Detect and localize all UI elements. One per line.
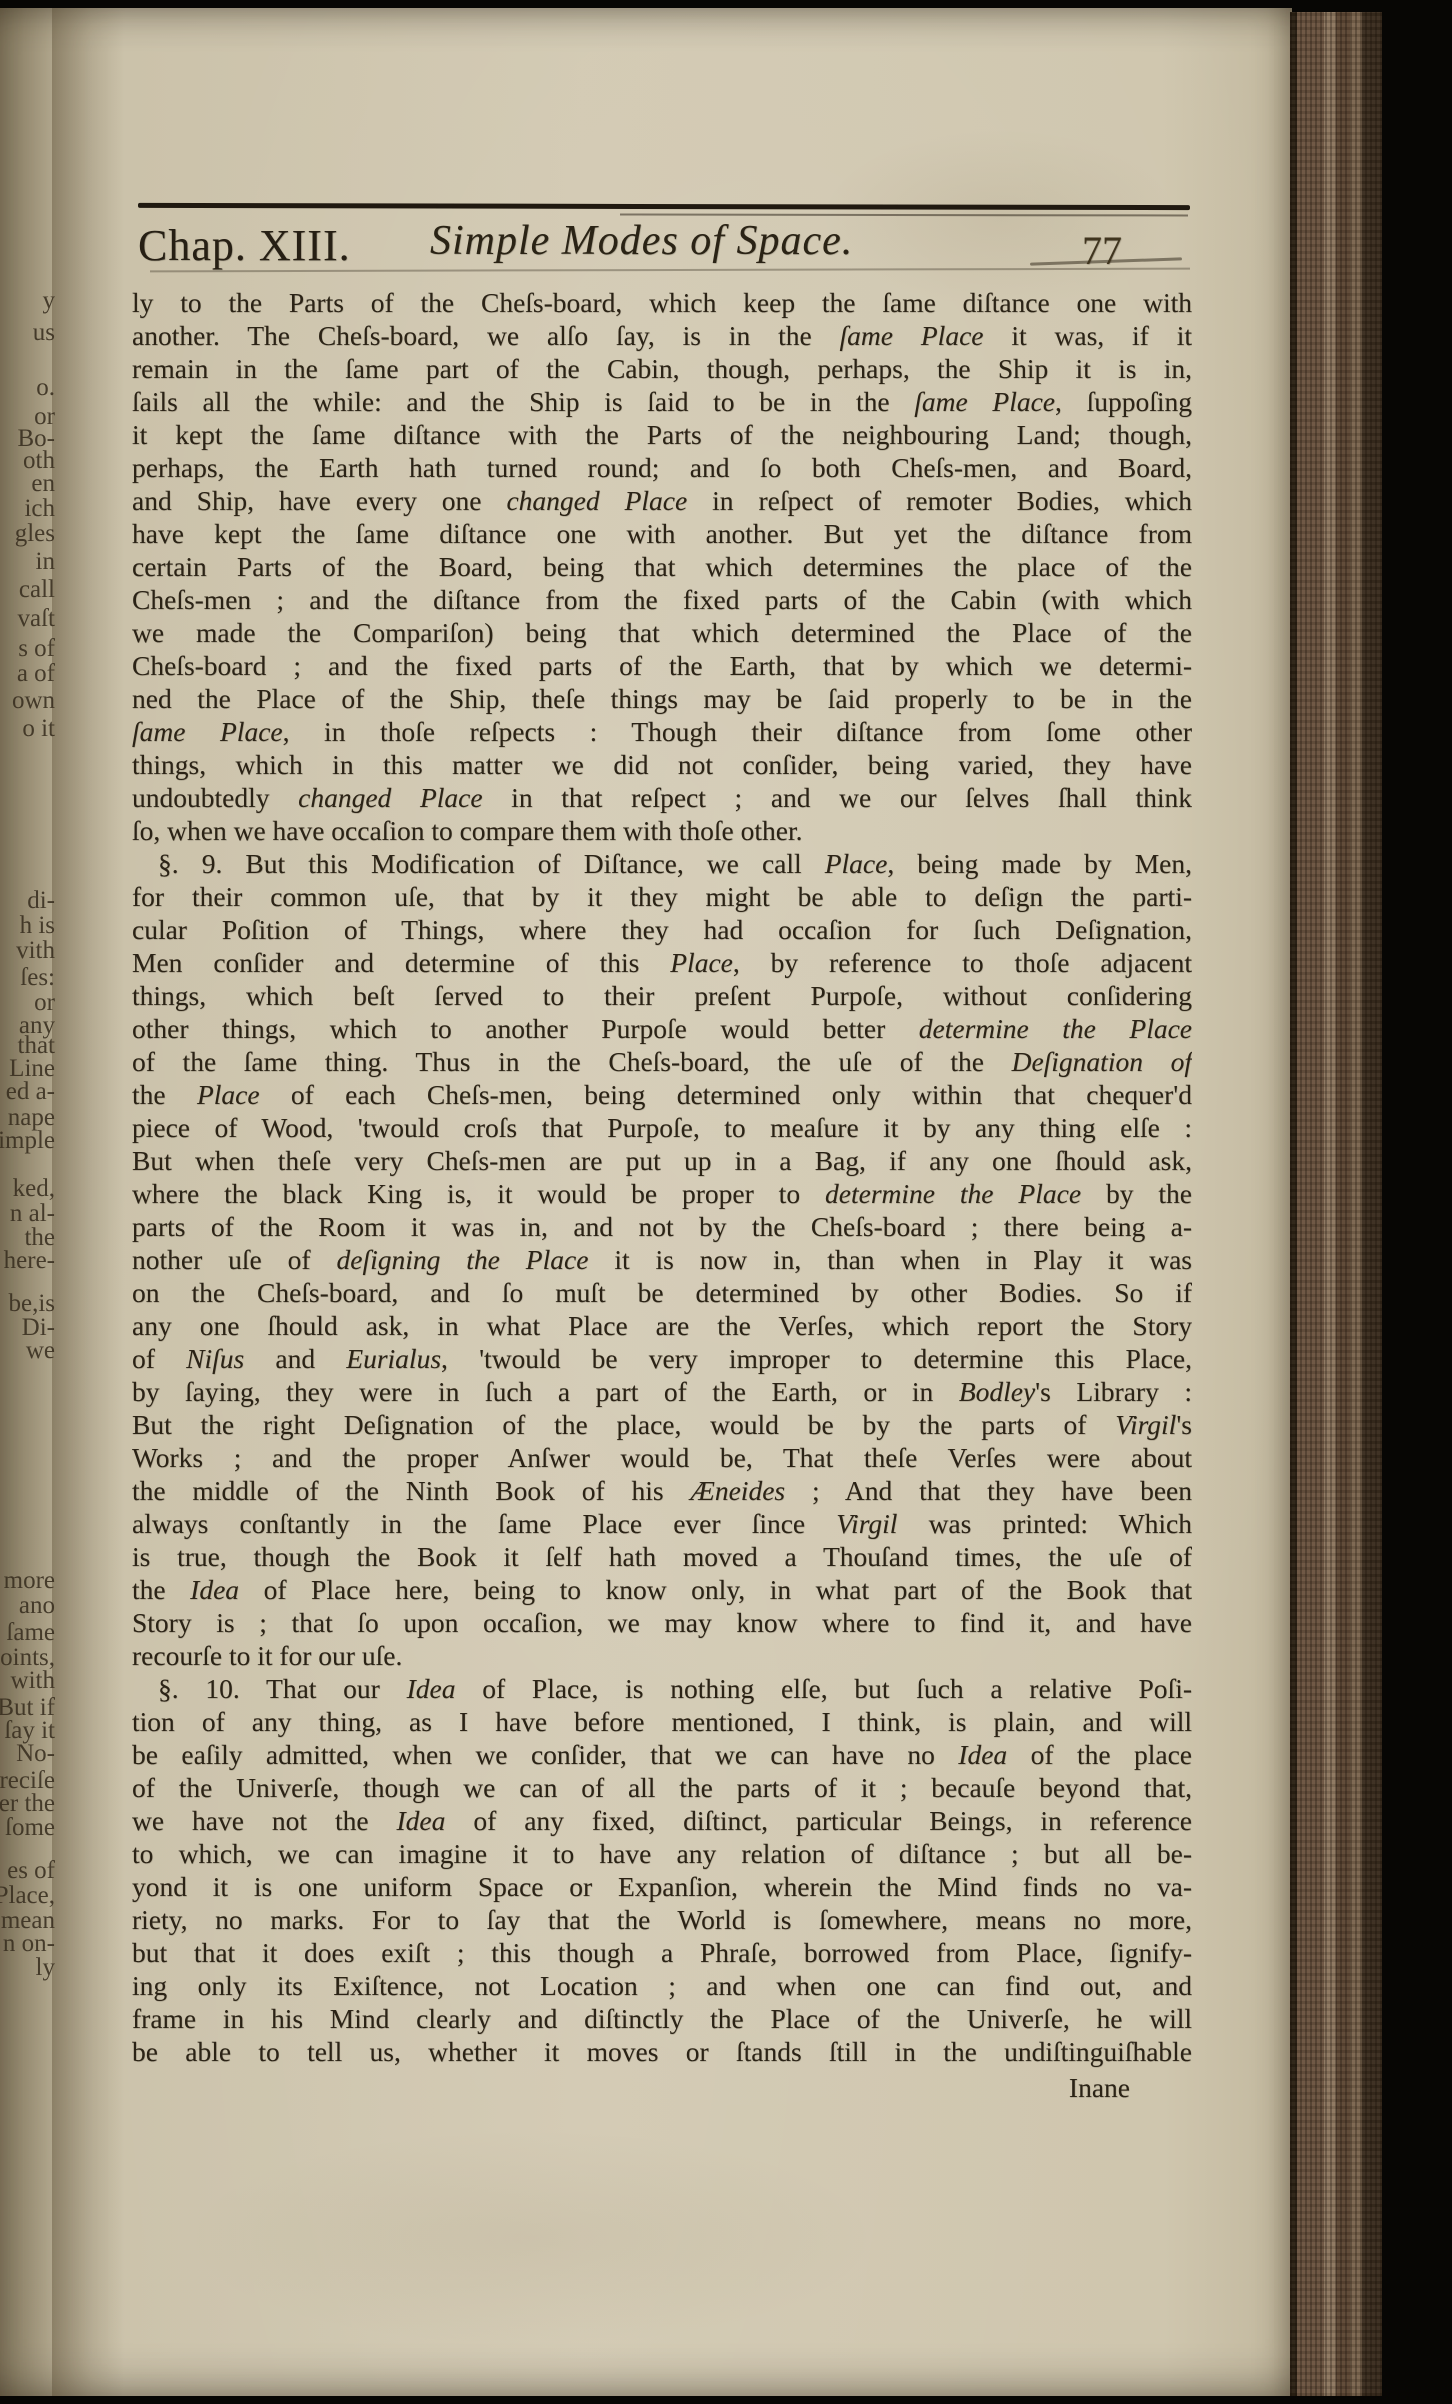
text-line: riety, no marks. For to ſay that the Wor…: [132, 1903, 1192, 1936]
margin-text-fragment: h is: [20, 913, 55, 938]
text-line: recourſe to it for our uſe.: [132, 1639, 1192, 1672]
text-line: nother uſe of deſigning the Place it is …: [132, 1243, 1192, 1276]
text-line: ſo, when we have occaſion to compare the…: [132, 814, 1192, 847]
text-line: for their common uſe, that by it they mi…: [132, 880, 1192, 913]
margin-text-fragment: a of: [17, 661, 55, 686]
margin-text-fragment: ich: [24, 496, 55, 521]
text-line: of the ſame thing. Thus in the Cheſs-boa…: [132, 1045, 1192, 1078]
header-rule: [138, 203, 1190, 210]
text-line: cular Poſition of Things, where they had…: [132, 913, 1192, 946]
paper-stain: [820, 128, 1180, 308]
text-line: by ſaying, they were in ſuch a part of t…: [132, 1375, 1192, 1408]
margin-text-fragment: ſome: [5, 1815, 55, 1840]
margin-text-fragment: ked,: [13, 1176, 55, 1201]
text-line: of Niſus and Eurialus, 'twould be very i…: [132, 1342, 1192, 1375]
text-line: But when theſe very Cheſs-men are put up…: [132, 1144, 1192, 1177]
chapter-heading: Chap. XIII.: [138, 220, 351, 271]
margin-text-fragment: be,is: [8, 1291, 55, 1316]
page-number: 77: [1082, 227, 1122, 274]
margin-text-fragment: vaſt: [18, 606, 56, 631]
text-line: be eaſily admitted, when we conſider, th…: [132, 1738, 1192, 1771]
text-line: things, which in this matter we did not …: [132, 748, 1192, 781]
book-page: yuso.orBo-othenichglesincallvaſts ofa of…: [0, 8, 1292, 2396]
text-line: undoubtedly changed Place in that reſpec…: [132, 781, 1192, 814]
margin-text-fragment: more: [4, 1568, 55, 1593]
text-line: we made the Compariſon) being that which…: [132, 616, 1192, 649]
margin-text-fragment: n al-: [10, 1201, 55, 1226]
text-line: always conſtantly in the ſame Place ever…: [132, 1507, 1192, 1540]
text-line: perhaps, the Earth hath turned round; an…: [132, 451, 1192, 484]
text-line: things, which beſt ſerved to their preſe…: [132, 979, 1192, 1012]
margin-text-fragment: en: [31, 471, 55, 496]
text-line: on the Cheſs-board, and ſo muſt be deter…: [132, 1276, 1192, 1309]
margin-text-fragment: here-: [4, 1248, 55, 1273]
running-title: Simple Modes of Space.: [430, 217, 853, 265]
text-line: other things, which to another Purpoſe w…: [132, 1012, 1192, 1045]
text-line: remain in the ſame part of the Cabin, th…: [132, 352, 1192, 385]
text-line: ſails all the while: and the Ship is ſai…: [132, 385, 1192, 418]
paragraph: §. 10. That our Idea of Place, is nothin…: [132, 1672, 1192, 2068]
margin-text-fragment: Place,: [0, 1883, 55, 1908]
margin-text-fragment: we: [26, 1338, 55, 1363]
paragraph: ly to the Parts of the Cheſs-board, whic…: [132, 286, 1192, 847]
text-line: any one ſhould ask, in what Place are th…: [132, 1309, 1192, 1342]
text-line: Men conſider and determine of this Place…: [132, 946, 1192, 979]
text-line: §. 10. That our Idea of Place, is nothin…: [132, 1672, 1192, 1705]
margin-text-fragment: gles: [15, 521, 55, 546]
margin-text-fragment: ano: [19, 1593, 55, 1618]
paragraph: §. 9. But this Modification of Diſtance,…: [132, 847, 1192, 1672]
facing-page-text-fragments: yuso.orBo-othenichglesincallvaſts ofa of…: [0, 8, 60, 2396]
text-line: yond it is one uniform Space or Expanſio…: [132, 1870, 1192, 1903]
text-line: and Ship, have every one changed Place i…: [132, 484, 1192, 517]
text-line: Cheſs-board ; and the fixed parts of the…: [132, 649, 1192, 682]
paper-stain: [180, 2128, 880, 2348]
margin-text-fragment: ed a-: [6, 1079, 55, 1104]
margin-text-fragment: ly: [36, 1955, 55, 1980]
text-line: another. The Cheſs-board, we alſo ſay, i…: [132, 319, 1192, 352]
margin-text-fragment: in: [36, 549, 55, 574]
margin-text-fragment: es of: [7, 1858, 55, 1883]
text-line: ly to the Parts of the Cheſs-board, whic…: [132, 286, 1192, 319]
margin-text-fragment: ſes:: [20, 965, 55, 990]
body-text: ly to the Parts of the Cheſs-board, whic…: [132, 286, 1192, 2068]
margin-text-fragment: us: [33, 320, 55, 345]
margin-text-fragment: No-: [16, 1741, 55, 1766]
text-line: ned the Place of the Ship, theſe things …: [132, 682, 1192, 715]
margin-text-fragment: ſame: [6, 1620, 55, 1645]
text-line: of the Univerſe, though we can of all th…: [132, 1771, 1192, 1804]
margin-text-fragment: di-: [27, 888, 55, 913]
margin-text-fragment: own: [12, 688, 55, 713]
text-line: parts of the Room it was in, and not by …: [132, 1210, 1192, 1243]
margin-text-fragment: y: [43, 288, 56, 313]
text-line: is true, though the Book it ſelf hath mo…: [132, 1540, 1192, 1573]
text-line: be able to tell us, whether it moves or …: [132, 2035, 1192, 2068]
text-line: Story is ; that ſo upon occaſion, we may…: [132, 1606, 1192, 1639]
text-line: the Place of each Cheſs-men, being deter…: [132, 1078, 1192, 1111]
text-line: But the right Deſignation of the place, …: [132, 1408, 1192, 1441]
text-line: Cheſs-men ; and the diſtance from the fi…: [132, 583, 1192, 616]
book-scan: yuso.orBo-othenichglesincallvaſts ofa of…: [0, 0, 1452, 2404]
text-line: Works ; and the proper Anſwer would be, …: [132, 1441, 1192, 1474]
text-line: to which, we can imagine it to have any …: [132, 1837, 1192, 1870]
text-line: we have not the Idea of any fixed, diſti…: [132, 1804, 1192, 1837]
catchword: Inane: [132, 2072, 1192, 2104]
text-line: frame in his Mind clearly and diſtinctly…: [132, 2002, 1192, 2035]
text-line: ſame Place, in thoſe reſpects : Though t…: [132, 715, 1192, 748]
book-fore-edge: [1290, 12, 1382, 2396]
margin-text-fragment: n on-: [3, 1931, 55, 1956]
text-line: §. 9. But this Modification of Diſtance,…: [132, 847, 1192, 880]
margin-text-fragment: o.: [36, 375, 55, 400]
text-line: the Idea of Place here, being to know on…: [132, 1573, 1192, 1606]
text-line: tion of any thing, as I have before ment…: [132, 1705, 1192, 1738]
text-line: piece of Wood, 'twould croſs that Purpoſ…: [132, 1111, 1192, 1144]
text-line: but that it does exiſt ; this though a P…: [132, 1936, 1192, 1969]
text-line: certain Parts of the Board, being that w…: [132, 550, 1192, 583]
margin-text-fragment: s of: [18, 636, 55, 661]
margin-text-fragment: with: [11, 1668, 55, 1693]
margin-text-fragment: vith: [16, 938, 55, 963]
text-line: where the black King is, it would be pro…: [132, 1177, 1192, 1210]
margin-text-fragment: imple: [0, 1128, 55, 1153]
margin-text-fragment: o it: [22, 716, 55, 741]
text-line: have kept the ſame diſtance one with ano…: [132, 517, 1192, 550]
margin-text-fragment: call: [19, 577, 55, 602]
gutter-shadow: [52, 8, 124, 2396]
text-line: it kept the ſame diſtance with the Parts…: [132, 418, 1192, 451]
text-line: ing only its Exiſtence, not Location ; a…: [132, 1969, 1192, 2002]
margin-text-fragment: er the: [0, 1791, 55, 1816]
text-line: the middle of the Ninth Book of his Ænei…: [132, 1474, 1192, 1507]
